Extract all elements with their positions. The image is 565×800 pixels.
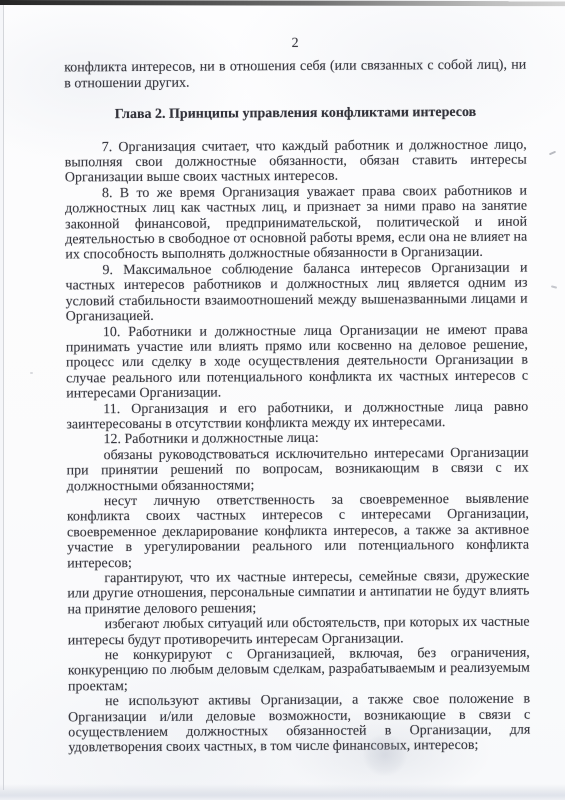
duty-item-6: не используют активы Организации, а такж…: [68, 692, 530, 756]
paragraph-8: 8. В то же время Организация уважает пра…: [65, 183, 527, 263]
duty-item-4: избегают любых ситуаций или обстоятельст…: [68, 615, 530, 649]
scanned-document-page: 2 конфликта интересов, ни в отношения се…: [0, 0, 565, 800]
duty-item-1: обязаны руководствоваться исключительно …: [67, 445, 529, 494]
paper-left-edge-line: [3, 5, 4, 790]
margin-speck: [30, 372, 33, 374]
scan-smudge: [355, 726, 415, 784]
paragraph-7: 7. Организация считает, что каждый работ…: [65, 137, 527, 186]
page-number: 2: [64, 35, 526, 53]
duty-item-5: не конкурируют с Организацией, включая, …: [68, 646, 530, 695]
document-text-block: 2 конфликта интересов, ни в отношения се…: [64, 35, 530, 757]
chapter-heading: Глава 2. Принципы управления конфликтами…: [64, 105, 526, 123]
duty-item-3: гарантируют, что их частные интересы, се…: [67, 569, 529, 618]
paragraph-continuation: конфликта интересов, ни в отношения себя…: [64, 58, 526, 92]
scan-edge-bottom: [0, 784, 565, 800]
duty-item-2: несут личную ответственность за своеврем…: [67, 492, 529, 572]
paragraph-10: 10. Работники и должностные лица Организ…: [66, 322, 528, 402]
paragraph-11: 11. Организация и его работники, и должн…: [66, 399, 528, 433]
paragraph-9: 9. Максимальное соблюдение баланса интер…: [65, 260, 527, 324]
